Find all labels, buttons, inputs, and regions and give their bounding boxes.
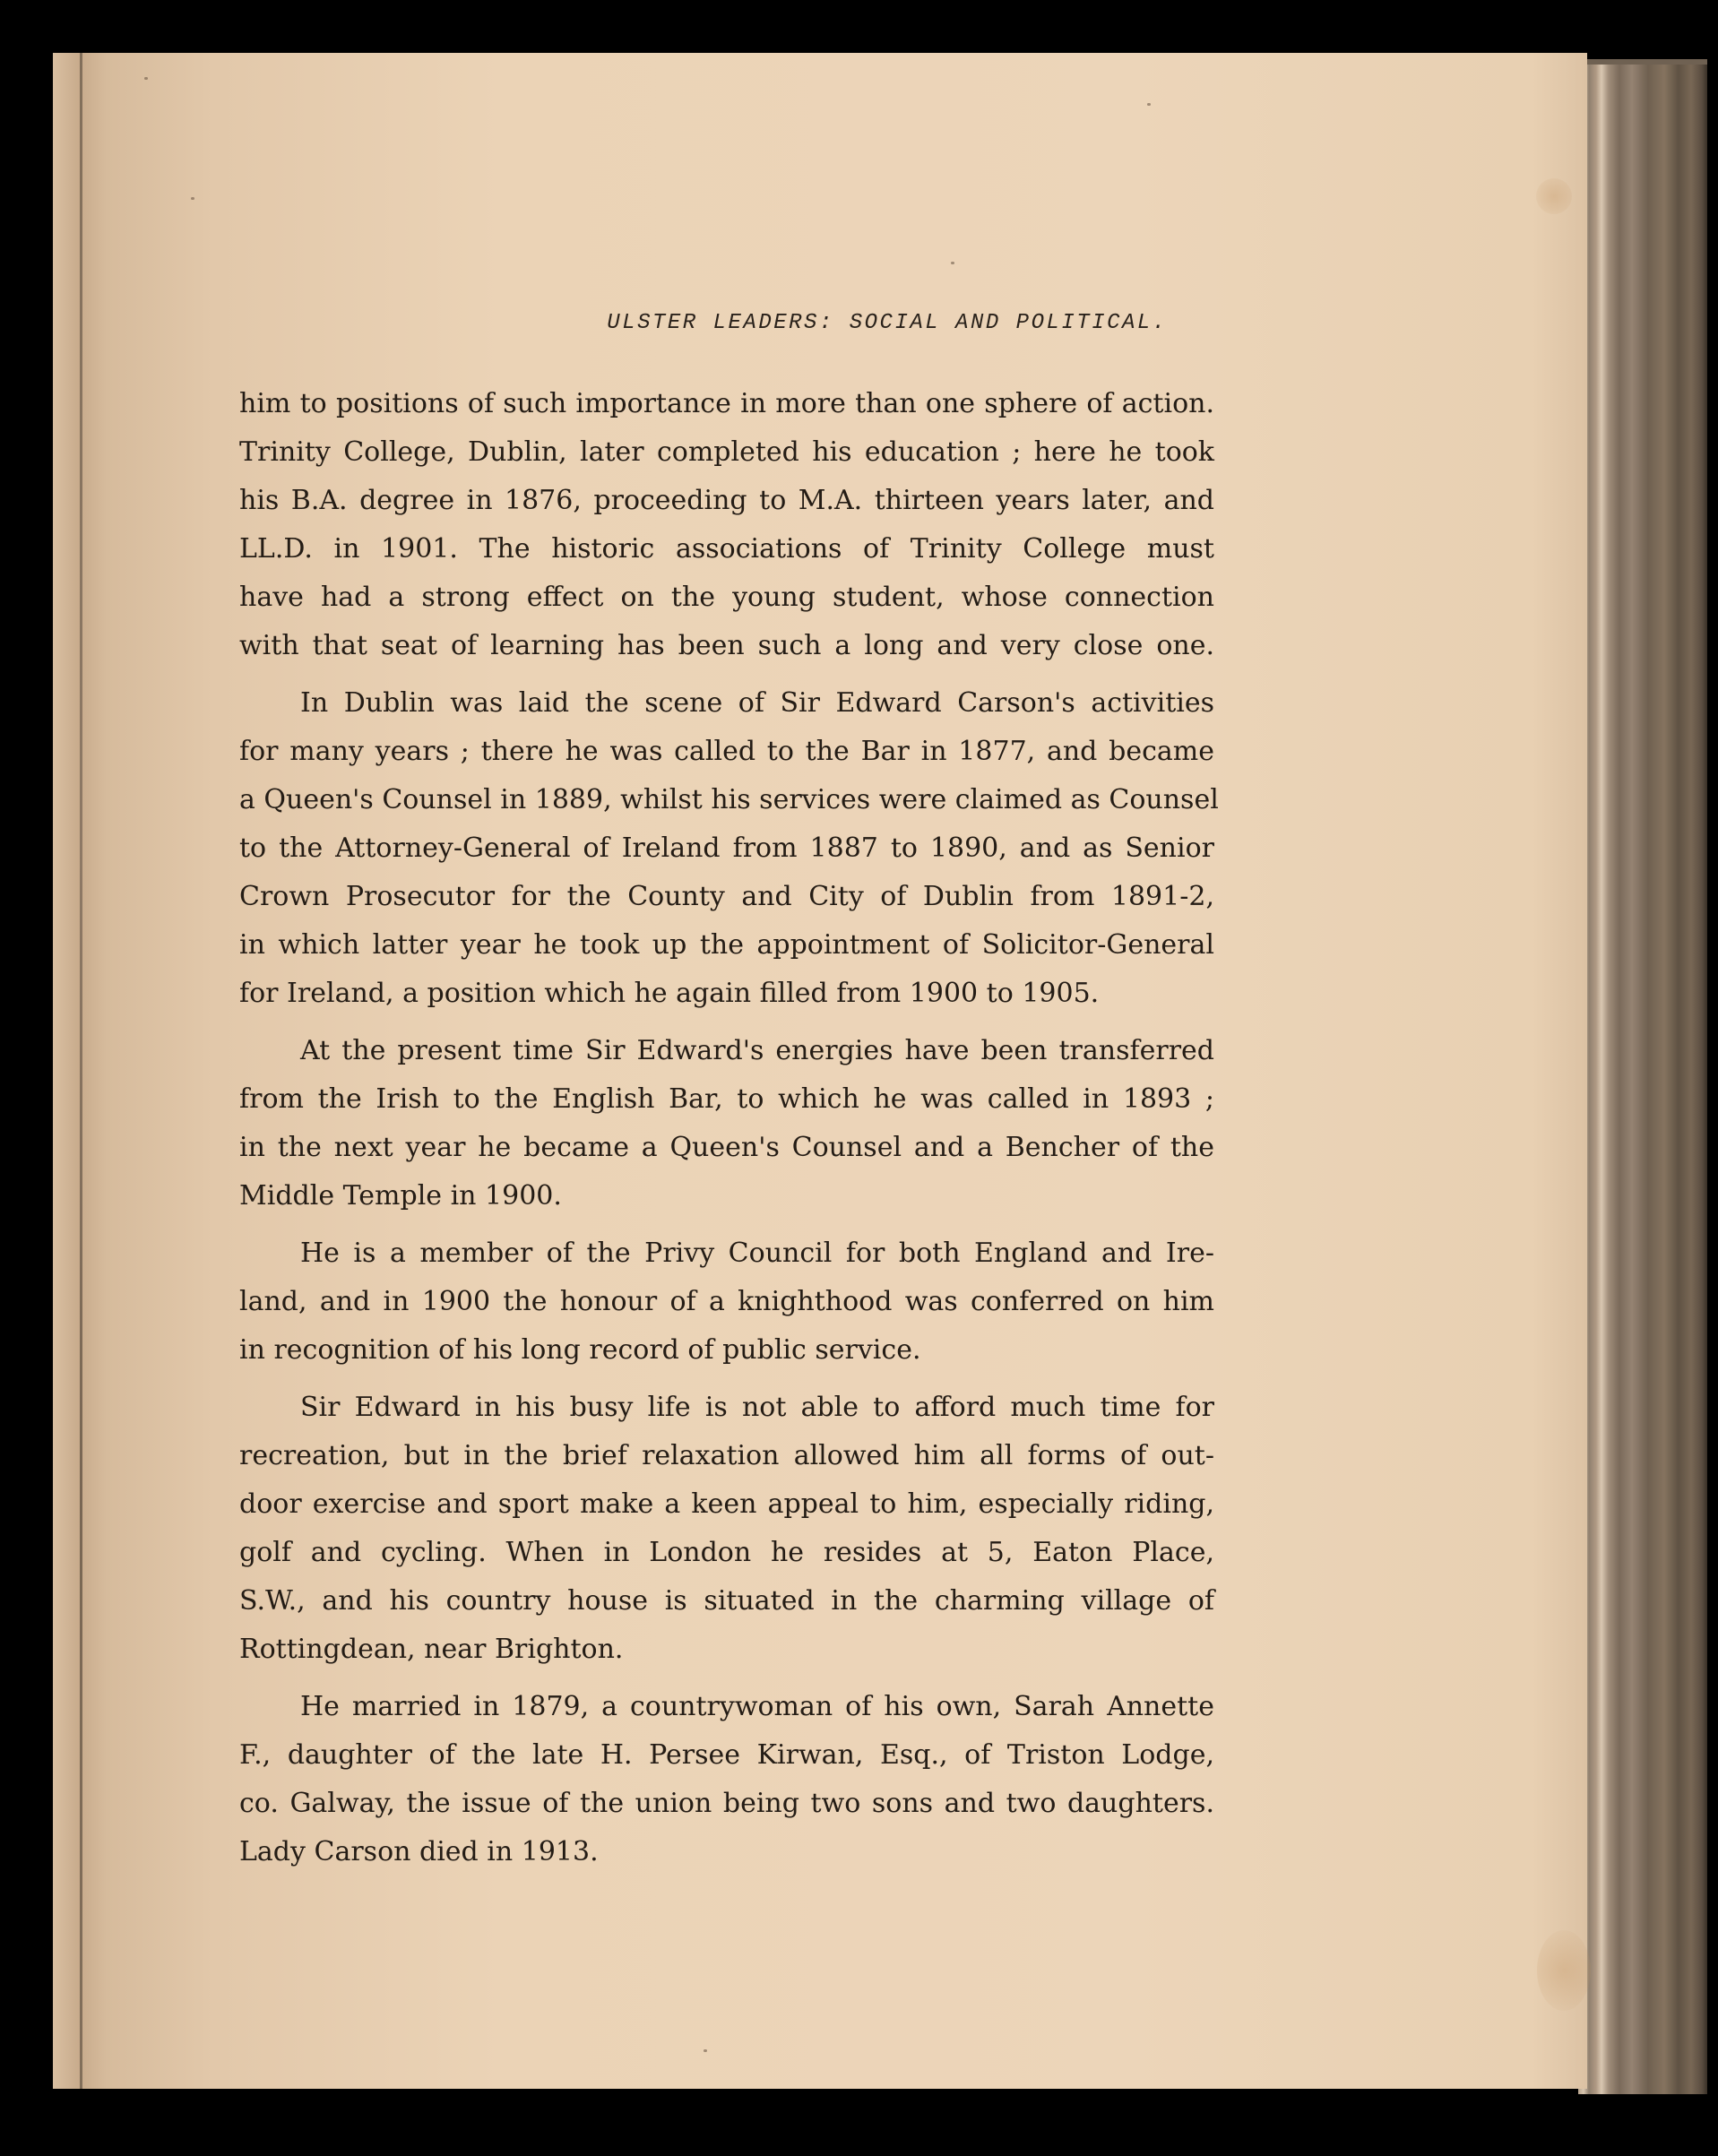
text-line: golf and cycling. When in London he resi… bbox=[239, 1529, 1214, 1577]
text-line: F., daughter of the late H. Persee Kirwa… bbox=[239, 1731, 1214, 1780]
paragraph: him to positions of such importance in m… bbox=[239, 380, 1214, 670]
text-line: door exercise and sport make a keen appe… bbox=[239, 1480, 1214, 1529]
text-line: him to positions of such importance in m… bbox=[239, 380, 1214, 428]
paragraph: He is a member of the Privy Council for … bbox=[239, 1229, 1214, 1375]
text-line: Sir Edward in his busy life is not able … bbox=[239, 1384, 1214, 1432]
paragraph: He married in 1879, a countrywoman of hi… bbox=[239, 1683, 1214, 1876]
text-line: Middle Temple in 1900. bbox=[239, 1172, 1214, 1220]
text-line: a Queen's Counsel in 1889, whilst his se… bbox=[239, 776, 1214, 824]
paper-speck bbox=[1147, 103, 1151, 106]
text-line: LL.D. in 1901. The historic associations… bbox=[239, 525, 1214, 573]
text-line: He married in 1879, a countrywoman of hi… bbox=[239, 1683, 1214, 1731]
text-line: in which latter year he took up the appo… bbox=[239, 921, 1214, 970]
foxing-stain bbox=[1536, 178, 1572, 214]
text-line: land, and in 1900 the honour of a knight… bbox=[239, 1278, 1214, 1326]
foxing-stain bbox=[1537, 1930, 1591, 2011]
text-line: Crown Prosecutor for the County and City… bbox=[239, 873, 1214, 921]
paper-speck bbox=[704, 2049, 707, 2052]
paper-speck bbox=[144, 77, 148, 80]
text-line: S.W., and his country house is situated … bbox=[239, 1577, 1214, 1626]
text-line: At the present time Sir Edward's energie… bbox=[239, 1027, 1214, 1075]
book: ULSTER LEADERS: SOCIAL AND POLITICAL. hi… bbox=[53, 53, 1707, 2089]
text-line: with that seat of learning has been such… bbox=[239, 622, 1214, 670]
text-line: have had a strong effect on the young st… bbox=[239, 573, 1214, 622]
text-line: for Ireland, a position which he again f… bbox=[239, 970, 1214, 1018]
text-line: from the Irish to the English Bar, to wh… bbox=[239, 1075, 1214, 1124]
text-line: for many years ; there he was called to … bbox=[239, 728, 1214, 776]
paper-speck bbox=[191, 197, 194, 200]
text-line: his B.A. degree in 1876, proceeding to M… bbox=[239, 477, 1214, 525]
text-line: Rottingdean, near Brighton. bbox=[239, 1626, 1214, 1674]
text-line: in the next year he became a Queen's Cou… bbox=[239, 1124, 1214, 1172]
paragraph: At the present time Sir Edward's energie… bbox=[239, 1027, 1214, 1220]
body-text: him to positions of such importance in m… bbox=[239, 380, 1214, 1885]
text-line: He is a member of the Privy Council for … bbox=[239, 1229, 1214, 1278]
text-line: Lady Carson died in 1913. bbox=[239, 1828, 1214, 1876]
text-line: in recognition of his long record of pub… bbox=[239, 1326, 1214, 1375]
paragraph: In Dublin was laid the scene of Sir Edwa… bbox=[239, 679, 1214, 1018]
book-page: ULSTER LEADERS: SOCIAL AND POLITICAL. hi… bbox=[53, 53, 1587, 2089]
binding-gutter bbox=[80, 53, 82, 2089]
page-edges bbox=[1578, 59, 1707, 2094]
text-line: recreation, but in the brief relaxation … bbox=[239, 1432, 1214, 1480]
running-header: ULSTER LEADERS: SOCIAL AND POLITICAL. bbox=[53, 311, 1587, 335]
paragraph: Sir Edward in his busy life is not able … bbox=[239, 1384, 1214, 1674]
text-line: In Dublin was laid the scene of Sir Edwa… bbox=[239, 679, 1214, 728]
paper-speck bbox=[951, 262, 954, 264]
text-line: co. Galway, the issue of the union being… bbox=[239, 1780, 1214, 1828]
text-line: Trinity College, Dublin, later completed… bbox=[239, 428, 1214, 477]
text-line: to the Attorney-General of Ireland from … bbox=[239, 824, 1214, 873]
